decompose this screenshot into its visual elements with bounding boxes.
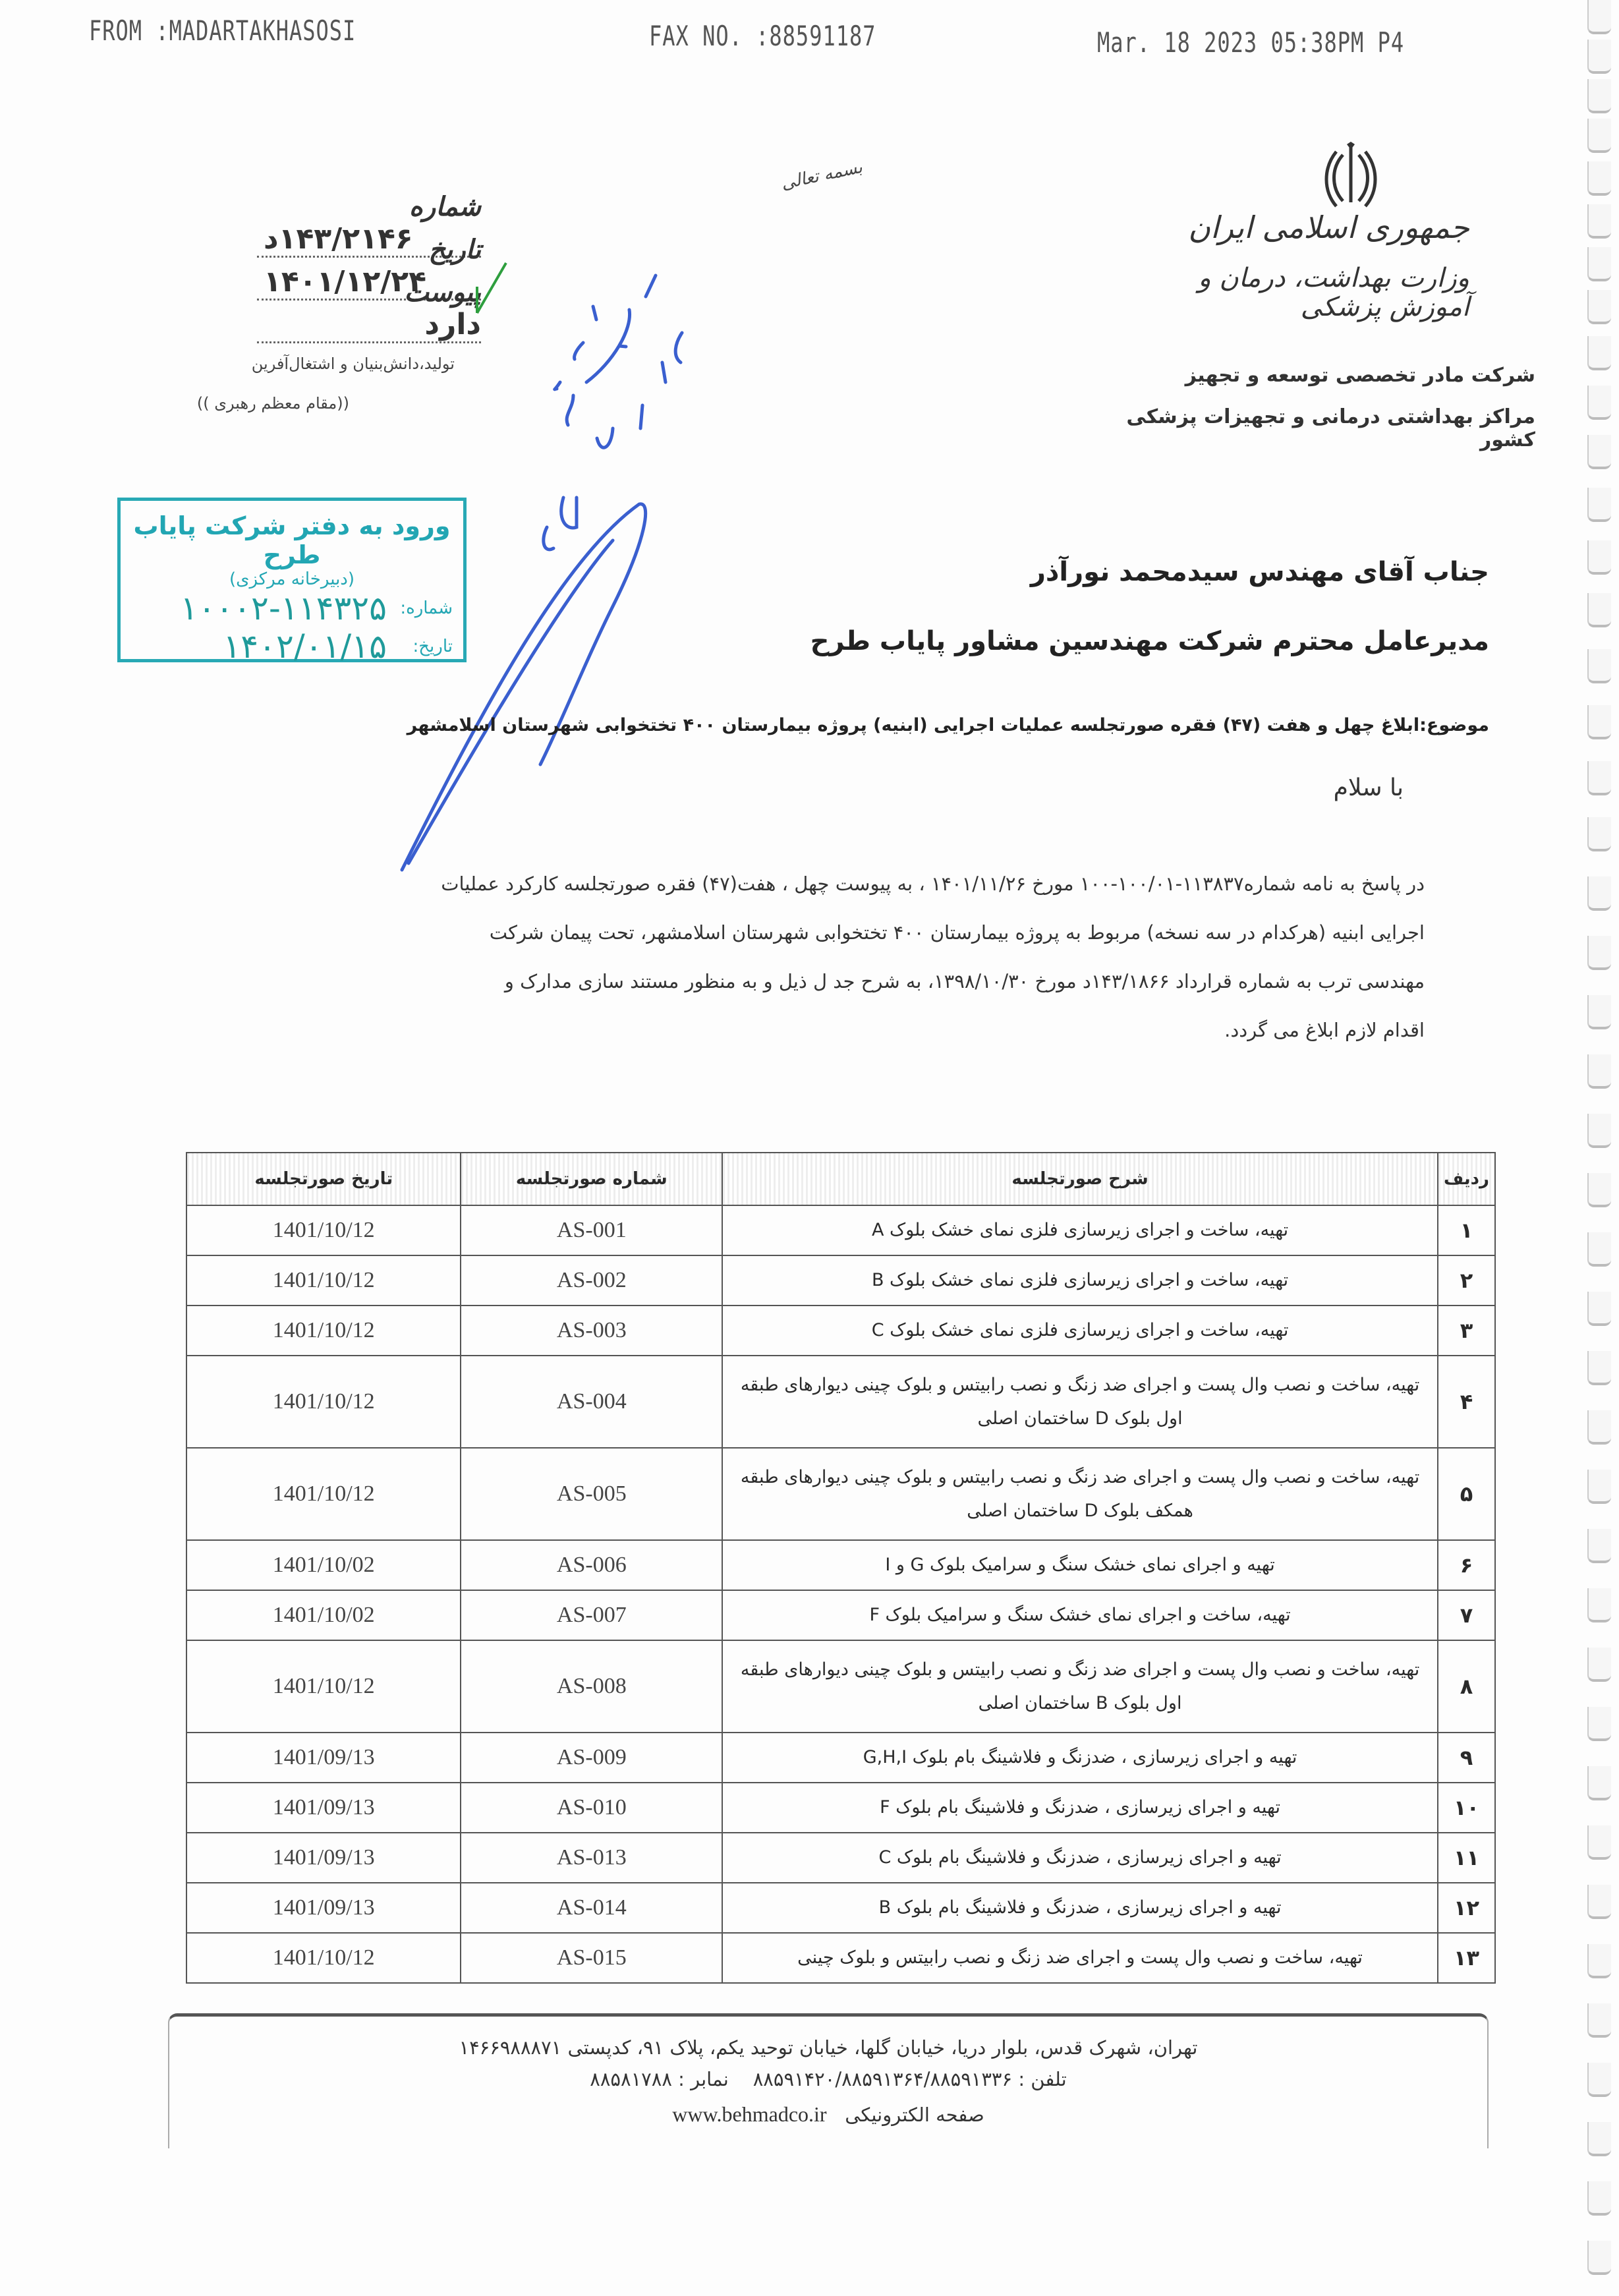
row-date: 1401/10/12 (186, 1255, 461, 1306)
recipient-name: جناب آقای مهندس سیدمحمد نورآذر (791, 557, 1489, 587)
row-description: تهیه، ساخت و اجرای زیرسازی فلزی نمای خشک… (722, 1205, 1438, 1255)
row-date: 1401/09/13 (186, 1833, 461, 1883)
row-number: AS-003 (461, 1306, 722, 1356)
website-link[interactable]: www.behmadco.ir (672, 2102, 826, 2126)
row-date: 1401/09/13 (186, 1883, 461, 1933)
row-description: تهیه، ساخت و اجرای زیرسازی فلزی نمای خشک… (722, 1255, 1438, 1306)
stamp-date-label: تاریخ: (387, 637, 453, 656)
row-date: 1401/10/02 (186, 1590, 461, 1640)
footer-address: تهران، شهرک قدس، بلوار دریا، خیابان گلها… (169, 2036, 1487, 2059)
row-index: ۱ (1438, 1205, 1495, 1255)
country-name: جمهوری اسلامی ایران (1186, 211, 1469, 244)
row-index: ۲ (1438, 1255, 1495, 1306)
row-index: ۴ (1438, 1356, 1495, 1448)
letter-number-label: شماره (409, 191, 481, 222)
body-line-4: اقدام لازم ابلاغ می گردد. (186, 1006, 1425, 1055)
row-description: تهیه، ساخت و اجرای نمای خشک سنگ و سرامیک… (722, 1590, 1438, 1640)
stamp-number-value: ۱۰۰۰۲-۱۱۴۳۲۵ (181, 589, 387, 627)
row-date: 1401/09/13 (186, 1733, 461, 1783)
table-row: ۷ تهیه، ساخت و اجرای نمای خشک سنگ و سرام… (186, 1590, 1495, 1640)
row-index: ۱۳ (1438, 1933, 1495, 1983)
stamp-date-row: تاریخ: ۱۴۰۲/۰۱/۱۵ (121, 627, 463, 666)
footer: تهران، شهرک قدس، بلوار دریا، خیابان گلها… (168, 2013, 1489, 2148)
greeting: با سلام (1186, 774, 1404, 801)
row-number: AS-007 (461, 1590, 722, 1640)
web-label: صفحه الکترونیکی (845, 2104, 984, 2126)
table-row: ۱۱ تهیه و اجرای زیرسازی ، ضدزنگ و فلاشین… (186, 1833, 1495, 1883)
company-name-line1: شرکت مادر تخصصی توسعه و تجهیز (1120, 364, 1535, 387)
phone-label: تلفن : (1018, 2068, 1066, 2090)
stamp-number-row: شماره: ۱۰۰۰۲-۱۱۴۳۲۵ (121, 589, 463, 627)
row-description: تهیه، ساخت و اجرای زیرسازی فلزی نمای خشک… (722, 1306, 1438, 1356)
phone-numbers: ۸۸۵۹۱۴۲۰/۸۸۵۹۱۳۶۴/۸۸۵۹۱۳۳۶ (753, 2068, 1012, 2090)
table-row: ۹ تهیه و اجرای زیرسازی ، ضدزنگ و فلاشینگ… (186, 1733, 1495, 1783)
letter-date-label: تاریخ (428, 234, 481, 265)
row-description: تهیه و اجرای زیرسازی ، ضدزنگ و فلاشینگ ب… (722, 1883, 1438, 1933)
table-row: ۱۲ تهیه و اجرای زیرسازی ، ضدزنگ و فلاشین… (186, 1883, 1495, 1933)
minutes-table: ردیف شرح صورتجلسه شماره صورتجلسه تاریخ ص… (186, 1152, 1496, 1984)
fax-number-footer: ۸۸۵۸۱۷۸۸ (590, 2068, 672, 2090)
invocation: بسمه تعالی (757, 158, 865, 199)
received-stamp: ورود به دفتر شرکت پایاب طرح (دبیرخانه مر… (117, 498, 467, 662)
table-row: ۱۰ تهیه و اجرای زیرسازی ، ضدزنگ و فلاشین… (186, 1783, 1495, 1833)
table-row: ۱ تهیه، ساخت و اجرای زیرسازی فلزی نمای خ… (186, 1205, 1495, 1255)
row-date: 1401/10/12 (186, 1448, 461, 1540)
ministry-name: وزارت بهداشت، درمان و آموزش پزشکی (1173, 264, 1469, 322)
row-date: 1401/10/12 (186, 1640, 461, 1733)
row-index: ۱۲ (1438, 1883, 1495, 1933)
row-number: AS-005 (461, 1448, 722, 1540)
row-number: AS-009 (461, 1733, 722, 1783)
row-number: AS-006 (461, 1540, 722, 1590)
stamp-subtitle: (دبیرخانه مرکزی) (121, 569, 463, 589)
body-line-1: در پاسخ به نامه شماره۱۱۳۸۳۷-۱۰۰/۰۱-۱۰۰ م… (186, 860, 1425, 909)
row-index: ۶ (1438, 1540, 1495, 1590)
row-number: AS-010 (461, 1783, 722, 1833)
fax-number: FAX NO. :88591187 (649, 20, 876, 52)
row-number: AS-004 (461, 1356, 722, 1448)
row-index: ۹ (1438, 1733, 1495, 1783)
row-number: AS-013 (461, 1833, 722, 1883)
row-description: تهیه و اجرای زیرسازی ، ضدزنگ و فلاشینگ ب… (722, 1783, 1438, 1833)
subject-line: موضوع:ابلاغ چهل و هفت (۴۷) فقره صورتجلسه… (395, 715, 1489, 735)
body-paragraph: در پاسخ به نامه شماره۱۱۳۸۳۷-۱۰۰/۰۱-۱۰۰ م… (186, 860, 1425, 1055)
row-index: ۷ (1438, 1590, 1495, 1640)
header-index: ردیف (1438, 1153, 1495, 1205)
row-date: 1401/10/02 (186, 1540, 461, 1590)
row-description: تهیه و اجرای زیرسازی ، ضدزنگ و فلاشینگ ب… (722, 1833, 1438, 1883)
row-number: AS-008 (461, 1640, 722, 1733)
stamp-title: ورود به دفتر شرکت پایاب طرح (121, 511, 463, 569)
row-index: ۳ (1438, 1306, 1495, 1356)
row-number: AS-015 (461, 1933, 722, 1983)
slogan-source: ((مقام معظم رهبری )) (165, 394, 349, 413)
row-index: ۱۱ (1438, 1833, 1495, 1883)
row-date: 1401/10/12 (186, 1306, 461, 1356)
row-number: AS-002 (461, 1255, 722, 1306)
row-number: AS-001 (461, 1205, 722, 1255)
table-row: ۵ تهیه، ساخت و نصب وال پست و اجرای ضد زن… (186, 1448, 1495, 1540)
row-number: AS-014 (461, 1883, 722, 1933)
binder-holes (1578, 0, 1611, 2296)
recipient-title: مدیرعامل محترم شرکت مهندسین مشاور پایاب … (791, 626, 1489, 656)
row-description: تهیه، ساخت و نصب وال پست و اجرای ضد زنگ … (722, 1356, 1438, 1448)
row-description: تهیه، ساخت و نصب وال پست و اجرای ضد زنگ … (722, 1640, 1438, 1733)
table-row: ۲ تهیه، ساخت و اجرای زیرسازی فلزی نمای خ… (186, 1255, 1495, 1306)
iran-emblem-icon (1324, 142, 1377, 214)
stamp-date-value: ۱۴۰۲/۰۱/۱۵ (223, 627, 387, 666)
table-row: ۱۳ تهیه، ساخت و نصب وال پست و اجرای ضد ز… (186, 1933, 1495, 1983)
footer-contacts: تلفن : ۸۸۵۹۱۴۲۰/۸۸۵۹۱۳۶۴/۸۸۵۹۱۳۳۶ نمابر … (169, 2068, 1487, 2090)
header-date: تاریخ صورتجلسه (186, 1153, 461, 1205)
row-description: تهیه و اجرای نمای خشک سنگ و سرامیک بلوک … (722, 1540, 1438, 1590)
body-line-2: اجرایی ابنیه (هرکدام در سه نسخه) مربوط ب… (186, 909, 1425, 958)
header-number: شماره صورتجلسه (461, 1153, 722, 1205)
stamp-number-label: شماره: (387, 598, 453, 618)
table-row: ۳ تهیه، ساخت و اجرای زیرسازی فلزی نمای خ… (186, 1306, 1495, 1356)
table-header-row: ردیف شرح صورتجلسه شماره صورتجلسه تاریخ ص… (186, 1153, 1495, 1205)
fax-datetime-page: Mar. 18 2023 05:38PM P4 (1097, 26, 1404, 59)
row-date: 1401/09/13 (186, 1783, 461, 1833)
row-description: تهیه و اجرای زیرسازی ، ضدزنگ و فلاشینگ ب… (722, 1733, 1438, 1783)
footer-web: صفحه الکترونیکی www.behmadco.ir (169, 2102, 1487, 2127)
row-description: تهیه، ساخت و نصب وال پست و اجرای ضد زنگ … (722, 1933, 1438, 1983)
row-date: 1401/10/12 (186, 1933, 461, 1983)
table-row: ۶ تهیه و اجرای نمای خشک سنگ و سرامیک بلو… (186, 1540, 1495, 1590)
body-line-3: مهندسی ترب به شماره قرارداد ۱۴۳/۱۸۶۶د مو… (186, 958, 1425, 1006)
table-row: ۴ تهیه، ساخت و نصب وال پست و اجرای ضد زن… (186, 1356, 1495, 1448)
row-index: ۱۰ (1438, 1783, 1495, 1833)
table-row: ۸ تهیه، ساخت و نصب وال پست و اجرای ضد زن… (186, 1640, 1495, 1733)
header-description: شرح صورتجلسه (722, 1153, 1438, 1205)
company-name-line2: مراکز بهداشتی درمانی و تجهیزات پزشکی کشو… (1120, 405, 1535, 451)
fax-label: نمابر : (678, 2068, 729, 2090)
row-date: 1401/10/12 (186, 1205, 461, 1255)
row-index: ۸ (1438, 1640, 1495, 1733)
row-index: ۵ (1438, 1448, 1495, 1540)
row-date: 1401/10/12 (186, 1356, 461, 1448)
row-description: تهیه، ساخت و نصب وال پست و اجرای ضد زنگ … (722, 1448, 1438, 1540)
fax-from: FROM :MADARTAKHASOSI (89, 14, 356, 47)
